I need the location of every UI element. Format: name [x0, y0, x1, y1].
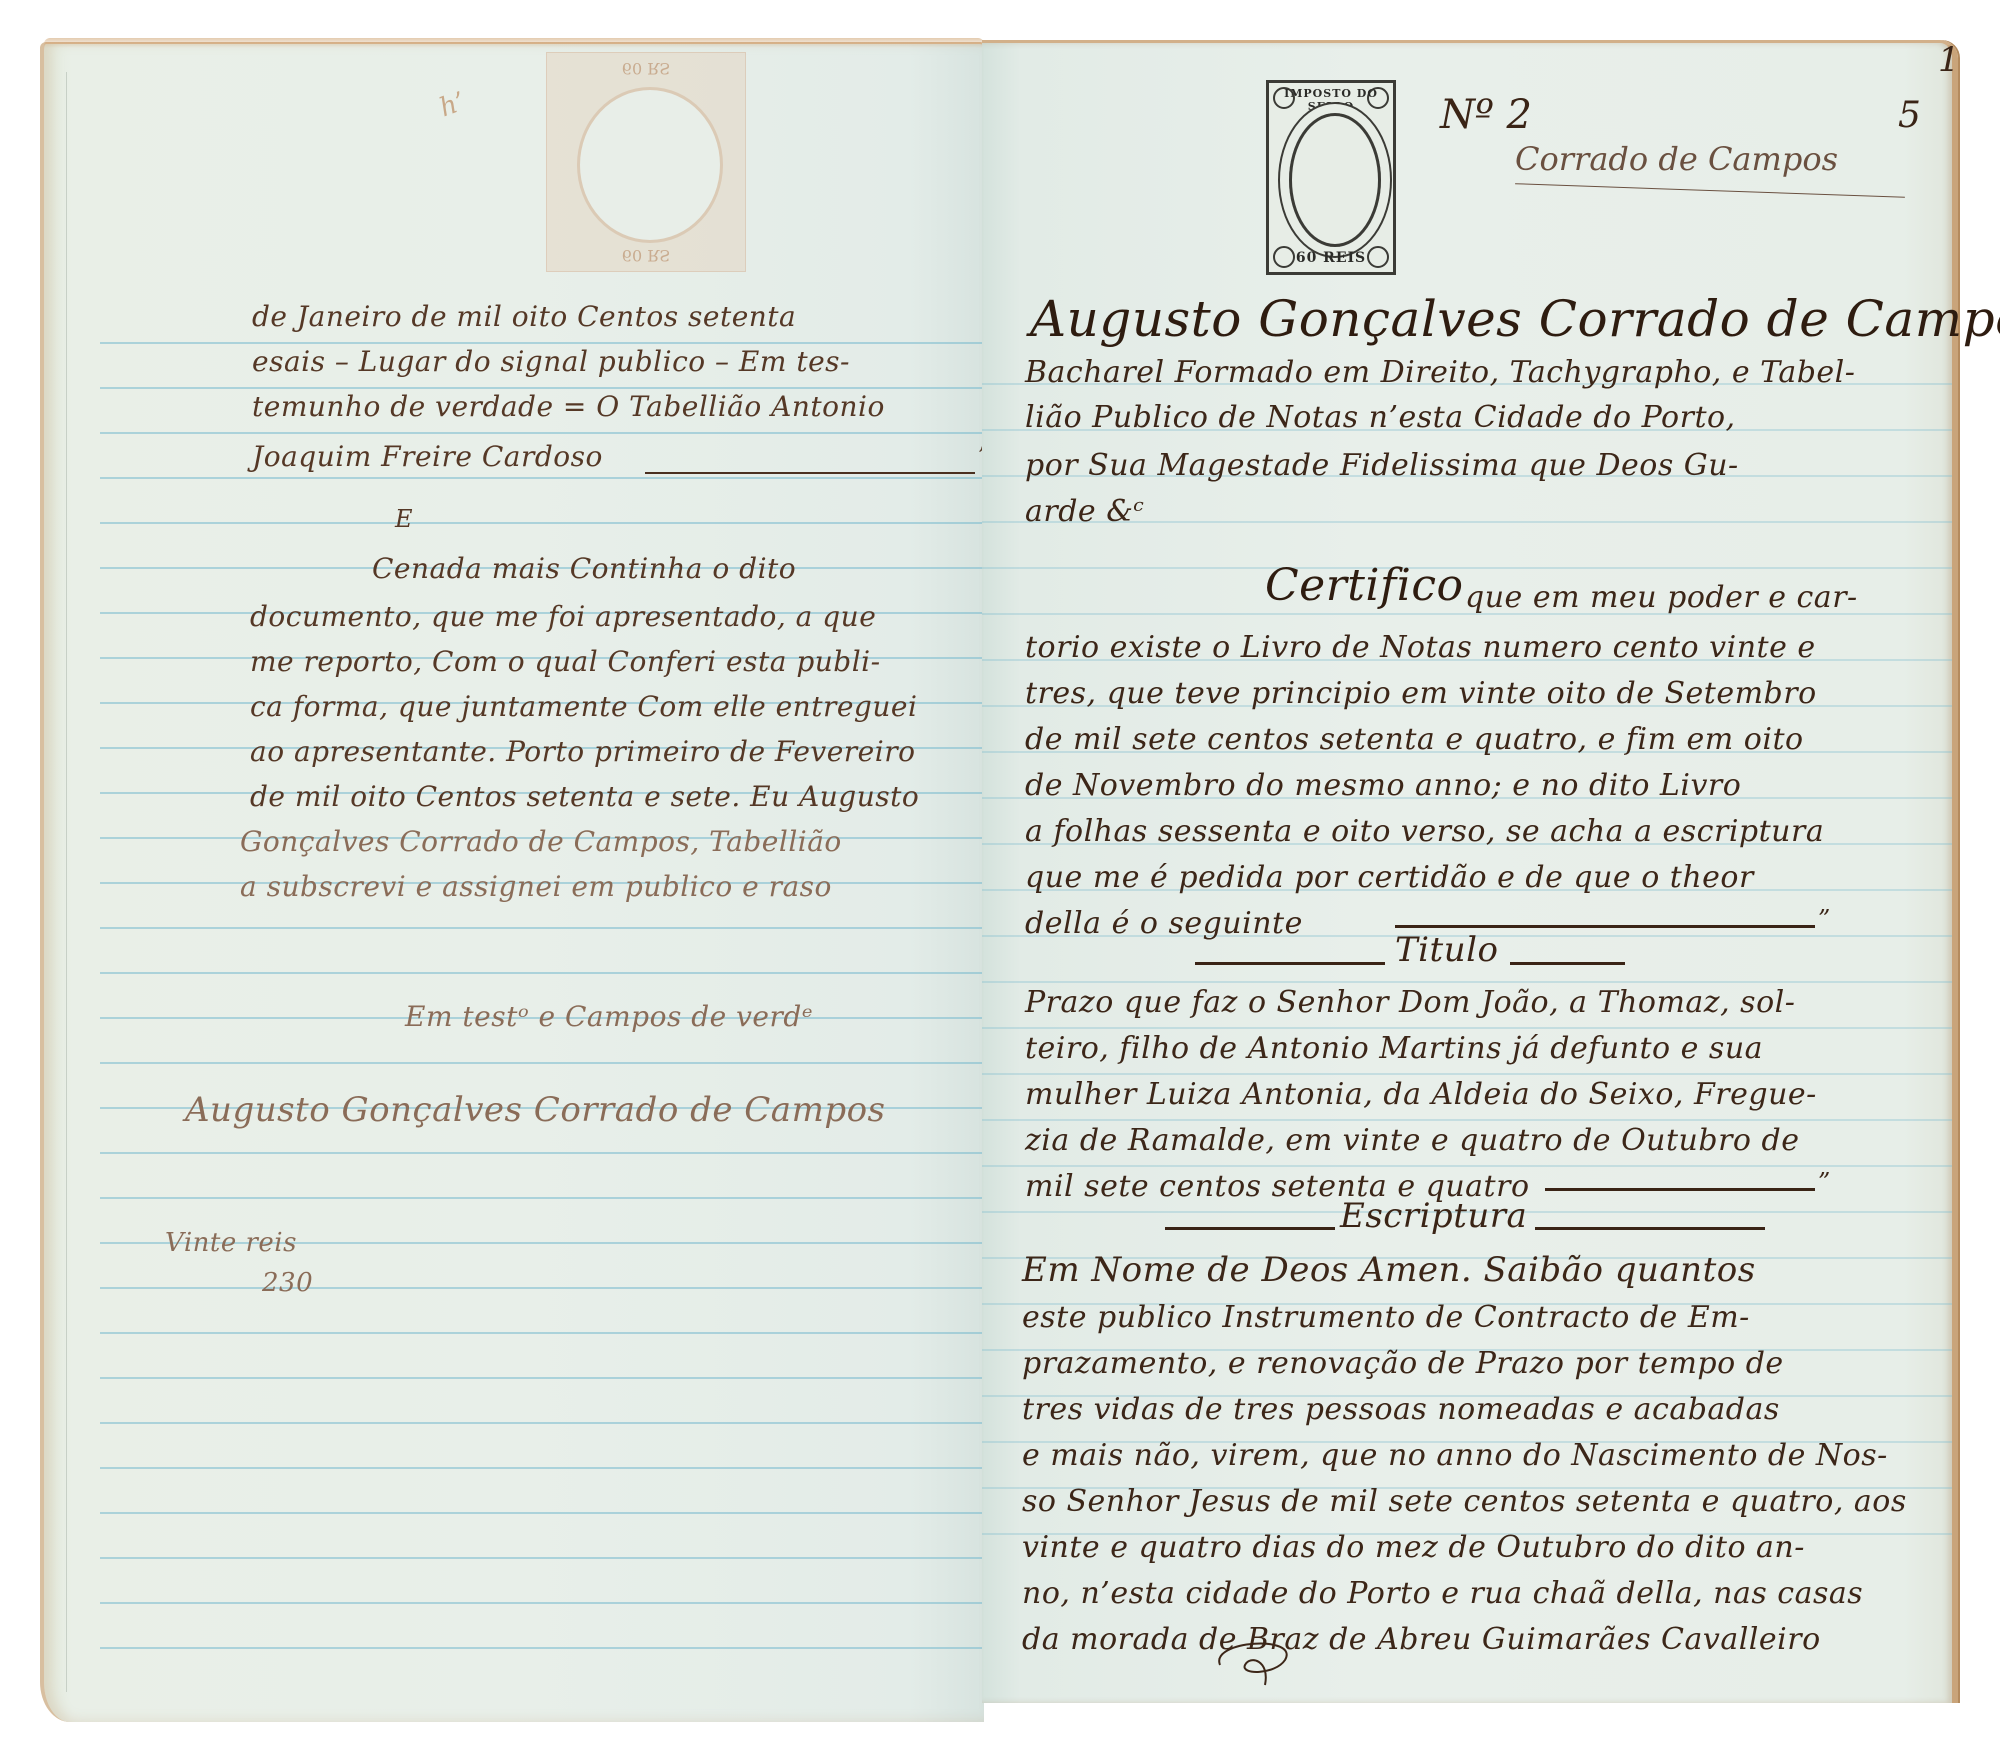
left-line-4: Joaquim Freire Cardoso	[252, 440, 603, 473]
escriptura-line-8: no, n’esta cidade do Porto e rua chaã de…	[1022, 1576, 1863, 1611]
ruled-line	[100, 927, 984, 929]
stamp-bottom-text: 60 RS	[547, 246, 745, 265]
ruled-line	[100, 1062, 984, 1064]
stamp-top-text: IMPOSTO DO SELLO	[1269, 87, 1393, 113]
ruled-line	[100, 522, 984, 524]
certifico-line-6: que me é pedida por certidão e de que o …	[1025, 860, 1754, 895]
certifico-line-0: que em meu poder e car-	[1465, 580, 1858, 615]
ruled-line	[982, 1027, 1952, 1029]
page-edge-stack	[50, 72, 67, 1692]
ruled-line	[982, 1119, 1952, 1121]
certifico-heading: Certifico	[1265, 560, 1463, 611]
stamp-oval	[1289, 113, 1381, 247]
ruled-line	[100, 1647, 984, 1649]
line-filler	[1395, 925, 1815, 928]
certifico-line-3: de mil sete centos setenta e quatro, e f…	[1025, 722, 1804, 757]
ruled-line	[100, 1512, 984, 1514]
ruled-line	[982, 567, 1952, 569]
titulo-heading: Titulo	[1395, 930, 1498, 970]
ruled-line	[100, 342, 984, 344]
stamp-oval	[577, 87, 723, 243]
ruled-line	[100, 1602, 984, 1604]
heading-rule-left	[1165, 1227, 1335, 1230]
heading-rule-left	[1195, 962, 1385, 965]
heading-rule-right	[1510, 962, 1625, 965]
heading-rule-right	[1535, 1227, 1765, 1230]
open-ledger-book: 60 RS 60 RS h’ de Janeiro de mil oito Ce…	[0, 0, 2000, 1755]
left-line-3: temunho de verdade = O Tabellião Antonio	[252, 390, 885, 423]
titulo-line-4: zia de Ramalde, em vinte e quatro de Out…	[1025, 1123, 1799, 1158]
left-line-2: esais – Lugar do signal publico – Em tes…	[252, 345, 850, 378]
escriptura-line-2: este publico Instrumento de Contracto de…	[1022, 1300, 1750, 1335]
ruled-line	[100, 477, 984, 479]
certifico-line-7: della é o seguinte	[1025, 906, 1303, 941]
line-filler	[645, 472, 975, 474]
document-number: Nº 2	[1440, 92, 1532, 138]
line-filler	[1545, 1188, 1815, 1191]
escriptura-line-1: Em Nome de Deos Amen. Saibão quantos	[1022, 1250, 1756, 1290]
ruled-line	[100, 1197, 984, 1199]
ruled-line	[982, 1073, 1952, 1075]
certifico-line-2: tres, que teve principio em vinte oito d…	[1025, 676, 1817, 711]
certifico-line-5: a folhas sessenta e oito verso, se acha …	[1025, 814, 1824, 849]
fee-value: 230	[262, 1268, 313, 1298]
titulo-line-3: mulher Luiza Antonia, da Aldeia do Seixo…	[1025, 1077, 1817, 1112]
tax-stamp: IMPOSTO DO SELLO 60 REIS	[1266, 80, 1396, 275]
certifico-line-4: de Novembro do mesmo anno; e no dito Liv…	[1025, 768, 1741, 803]
ruled-line	[100, 1287, 984, 1289]
para2-line-5: ao apresentante. Porto primeiro de Fever…	[250, 735, 915, 768]
para2-line-2: documento, que me foi apresentado, a que	[250, 600, 876, 633]
para2-line-7: Gonçalves Corrado de Campos, Tabellião	[240, 825, 842, 858]
escriptura-line-6: so Senhor Jesus de mil sete centos seten…	[1022, 1484, 1907, 1519]
flourish-icon	[1200, 1630, 1320, 1700]
para2-line-6: de mil oito Centos setenta e sete. Eu Au…	[250, 780, 919, 813]
closing-quote: ”	[1818, 1168, 1831, 1196]
ruled-line	[100, 1377, 984, 1379]
escriptura-line-3: prazamento, e renovação de Prazo por tem…	[1022, 1346, 1784, 1381]
ruled-line	[100, 387, 984, 389]
intro-line-4: arde &ᶜ	[1025, 494, 1145, 529]
ruled-line	[100, 1557, 984, 1559]
ruled-line	[100, 1332, 984, 1334]
signature: Augusto Gonçalves Corrado de Campos	[185, 1090, 886, 1130]
escriptura-line-5: e mais não, virem, que no anno do Nascim…	[1022, 1438, 1888, 1473]
para2-line-4: ca forma, que juntamente Com elle entreg…	[250, 690, 917, 723]
intro-line-3: por Sua Magestade Fidelissima que Deos G…	[1025, 448, 1739, 483]
ruled-line	[100, 1152, 984, 1154]
ruled-line	[100, 432, 984, 434]
ruled-line	[982, 981, 1952, 983]
bleed-through-stamp: 60 RS 60 RS	[546, 52, 746, 272]
closing-quote: ”	[1818, 905, 1831, 933]
ruled-line	[100, 1467, 984, 1469]
intro-line-2: lião Publico de Notas n’esta Cidade do P…	[1025, 400, 1736, 435]
ruled-line	[982, 1165, 1952, 1167]
fee-label: Vinte reis	[165, 1228, 297, 1258]
ruled-line	[100, 972, 984, 974]
page-number: 5	[1898, 95, 1921, 136]
intro-line-1: Bacharel Formado em Direito, Tachygrapho…	[1025, 355, 1855, 390]
mark-e: E	[395, 505, 413, 533]
corner-mark: 1	[1938, 40, 1960, 80]
para2-line-8: a subscrevi e assignei em publico e raso	[240, 870, 832, 903]
certifico-line-1: torio existe o Livro de Notas numero cen…	[1025, 630, 1816, 665]
stamp-value-text: 60 REIS	[1269, 250, 1393, 266]
ruled-line	[100, 1422, 984, 1424]
titulo-line-1: Prazo que faz o Senhor Dom João, a Thoma…	[1025, 985, 1795, 1020]
escriptura-heading: Escriptura	[1340, 1196, 1527, 1236]
stamp-top-text: 60 RS	[547, 59, 745, 78]
left-line-1: de Janeiro de mil oito Centos setenta	[252, 300, 796, 333]
attestation: Em testᵒ e Campos de verdᵉ	[405, 1000, 813, 1033]
para2-line-3: me reporto, Com o qual Conferi esta publ…	[250, 645, 881, 678]
rubric: Corrado de Campos	[1515, 140, 1838, 178]
escriptura-line-9: da morada de Braz de Abreu Guimarães Cav…	[1022, 1622, 1821, 1657]
escriptura-line-4: tres vidas de tres pessoas nomeadas e ac…	[1022, 1392, 1780, 1427]
escriptura-line-7: vinte e quatro dias do mez de Outubro do…	[1022, 1530, 1805, 1565]
notary-title: Augusto Gonçalves Corrado de Campos	[1030, 290, 2000, 348]
para2-line-1: Cenada mais Continha o dito	[372, 552, 796, 585]
titulo-line-2: teiro, filho de Antonio Martins já defun…	[1025, 1031, 1763, 1066]
